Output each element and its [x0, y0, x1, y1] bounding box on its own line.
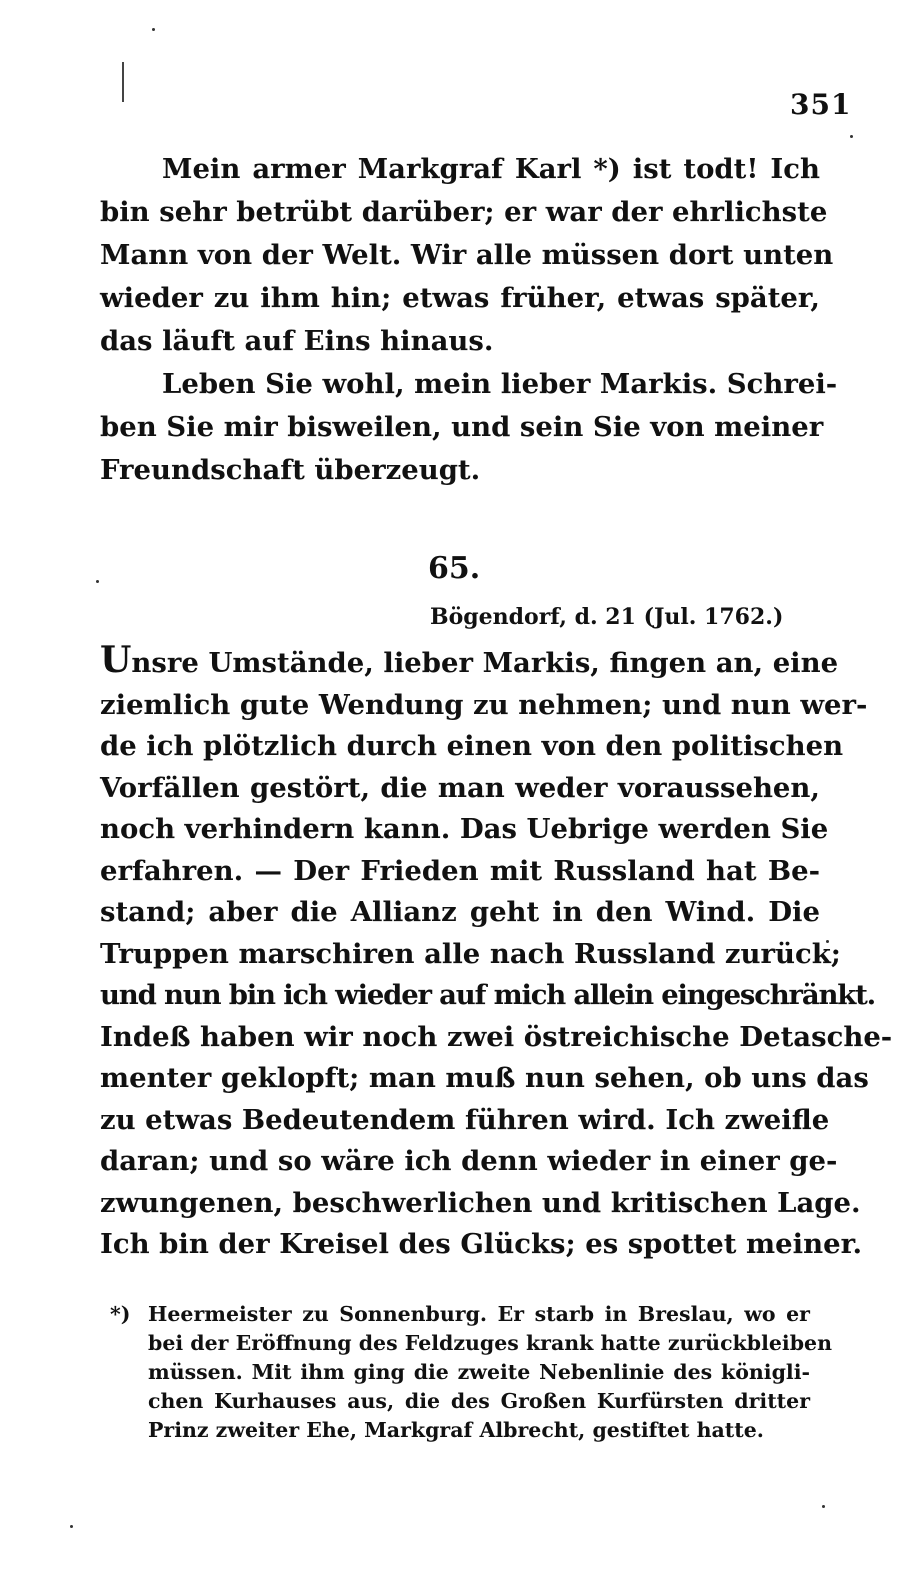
text-line: Ich bin der Kreisel des Glücks; es spott… — [100, 1224, 820, 1266]
scan-speck — [96, 580, 99, 583]
text-line: daran; und so wäre ich denn wieder in ei… — [100, 1141, 820, 1183]
letter-number: 65. — [428, 551, 480, 586]
text-line: stand; aber die Allianz geht in den Wind… — [100, 892, 820, 934]
text-line: noch verhindern kann. Das Uebrige werden… — [100, 809, 820, 851]
text-line: wieder zu ihm hin; etwas früher, etwas s… — [100, 277, 820, 320]
text-line: Mann von der Welt. Wir alle müssen dort … — [100, 234, 820, 277]
text-line: ziemlich gute Wendung zu nehmen; und nun… — [100, 685, 820, 727]
book-page: 351 Mein armer Markgraf Karl *) ist todt… — [0, 0, 900, 1571]
text-line: und nun bin ich wieder auf mich allein e… — [100, 975, 820, 1017]
letter-65-body: Unsre Umstände, lieber Markis, fingen an… — [100, 640, 820, 1266]
paragraph-farewell: Leben Sie wohl, mein lieber Markis. Schr… — [100, 363, 820, 492]
text-line: Freundschaft überzeugt. — [100, 449, 820, 492]
footnote-text: Heermeister zu Sonnenburg. Er starb in B… — [148, 1302, 810, 1326]
text-line: erfahren. — Der Frieden mit Russland hat… — [100, 851, 820, 893]
text-line: das läuft auf Eins hinaus. — [100, 320, 820, 363]
text-line: Truppen marschiren alle nach Russland zu… — [100, 934, 820, 976]
footnote-line-first: *)Heermeister zu Sonnenburg. Er starb in… — [110, 1300, 810, 1329]
paragraph-markgraf-karl: Mein armer Markgraf Karl *) ist todt! Ic… — [100, 148, 820, 363]
text-line: bin sehr betrübt darüber; er war der ehr… — [100, 191, 820, 234]
footnote: *)Heermeister zu Sonnenburg. Er starb in… — [110, 1300, 810, 1445]
scan-speck — [850, 135, 853, 138]
text-line-rest: nsre Umstände, lieber Markis, fingen an,… — [131, 647, 838, 679]
text-line-first: Unsre Umstände, lieber Markis, fingen an… — [100, 640, 820, 685]
text-line: Vorfällen gestört, die man weder vorauss… — [100, 768, 820, 810]
scan-speck — [822, 1505, 825, 1508]
footnote-line: bei der Eröffnung des Feldzuges krank ha… — [110, 1329, 810, 1358]
scan-speck — [152, 28, 155, 31]
footnote-line: Prinz zweiter Ehe, Markgraf Albrecht, ge… — [110, 1416, 810, 1445]
text-line: de ich plötzlich durch einen von den pol… — [100, 726, 820, 768]
scan-edge-mark — [122, 62, 124, 102]
letter-dateline: Bögendorf, d. 21 (Jul. 1762.) — [430, 604, 783, 630]
page-number: 351 — [790, 88, 851, 121]
text-line: zu etwas Bedeutendem führen wird. Ich zw… — [100, 1100, 820, 1142]
text-line: Mein armer Markgraf Karl *) ist todt! Ic… — [100, 148, 820, 191]
text-line: menter geklopft; man muß nun sehen, ob u… — [100, 1058, 820, 1100]
scan-speck — [826, 940, 829, 943]
drop-cap: U — [100, 639, 131, 681]
text-line: zwungenen, beschwerlichen und kritischen… — [100, 1183, 820, 1225]
footnote-line: müssen. Mit ihm ging die zweite Nebenlin… — [110, 1358, 810, 1387]
text-line: Leben Sie wohl, mein lieber Markis. Schr… — [100, 363, 820, 406]
scan-speck — [70, 1525, 73, 1528]
footnote-line: chen Kurhauses aus, die des Großen Kurfü… — [110, 1387, 810, 1416]
text-line: ben Sie mir bisweilen, und sein Sie von … — [100, 406, 820, 449]
text-line: Indeß haben wir noch zwei östreichische … — [100, 1017, 820, 1059]
footnote-marker: *) — [110, 1300, 148, 1329]
